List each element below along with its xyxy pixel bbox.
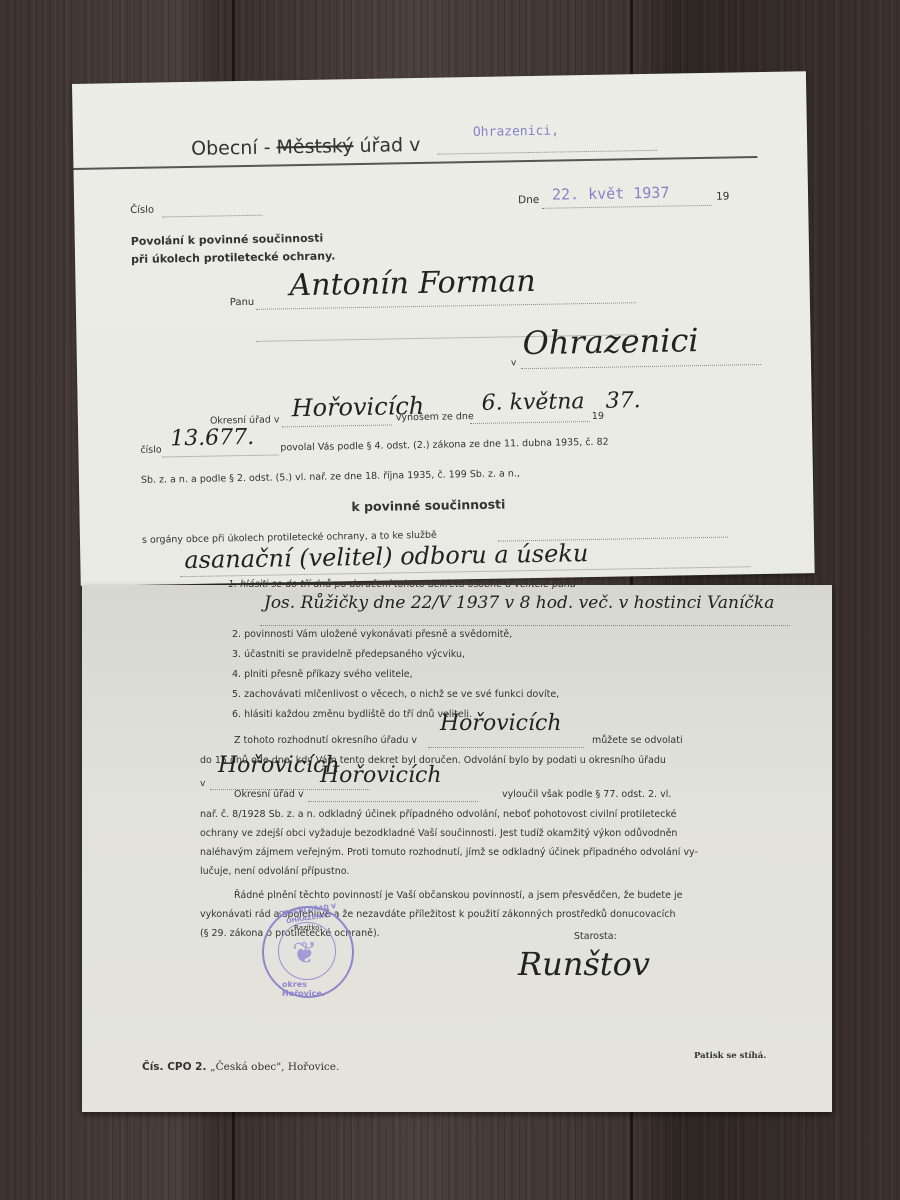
header-rule (73, 156, 757, 170)
exclusion-city: Hořovicích (320, 763, 442, 788)
dotted-line (163, 454, 279, 457)
stamp-ring-bottom: okres Hořovice. (282, 980, 352, 998)
exclusion-line-1: nař. č. 8/1928 Sb. z. a n. odkladný účin… (200, 809, 676, 820)
duty-item-2: 2. povinnosti Vám uložené vykonávati pře… (232, 629, 512, 640)
dotted-line (542, 205, 712, 209)
appeal-line-1-end: můžete se odvolati (592, 735, 683, 746)
decree-year: 37. (605, 388, 640, 414)
appeal-line-1-start: Z tohoto rozhodnutí okresního úřadu v (234, 735, 417, 746)
duty-item-6: 6. hlásiti každou změnu bydliště do tří … (232, 709, 472, 720)
dotted-line (428, 747, 584, 748)
recipient-label: Panu (230, 297, 255, 308)
place-prefix: v (511, 358, 517, 368)
dotted-line (162, 215, 262, 218)
exclusion-line-3: naléhavým zájmem veřejným. Proti tomuto … (200, 847, 698, 858)
legal-basis-line-2: Sb. z. a n. a podle § 2. odst. (5.) vl. … (141, 468, 520, 486)
stamp-label: Razítko: (294, 924, 322, 932)
subject-line-2: při úkolech protiletecké ochrany. (131, 249, 336, 266)
decree-year-prefix: 19 (592, 411, 604, 422)
document-upper-half: Obecní - Městský úřad v Ohrazenici, Dne … (72, 71, 815, 586)
service-type: asanační (velitel) odboru a úseku (184, 539, 588, 574)
office-header: Obecní - Městský úřad v (191, 134, 421, 160)
document-lower-half: 1. hlásiti se do tří dnů po doručení toh… (82, 585, 832, 1112)
appeal-line-3-prefix: v (200, 779, 205, 789)
reprint-note: Patisk se stíhá. (694, 1051, 766, 1061)
dotted-line (308, 801, 478, 802)
dotted-line (521, 364, 761, 369)
recipient-place: Ohrazenici (522, 321, 699, 362)
appeal-city: Hořovicích (440, 711, 562, 736)
exclusion-line-2: ochrany ve zdejší obci vyžaduje bezodkla… (200, 828, 677, 839)
closing-line-1: Řádné plnění těchto povinností je Vaší o… (234, 890, 682, 901)
dotted-line (282, 424, 392, 427)
struck-word: Městský (276, 135, 353, 158)
number-label: Číslo (130, 205, 154, 216)
section-heading: k povinné součinnosti (351, 497, 505, 515)
dotted-line (470, 421, 590, 424)
official-stamp: ❦ Razítko: OBECNÍ ÚŘAD V OHRAZENICI okre… (262, 906, 354, 998)
duty-item-1: 1. hlásiti se do tří dnů po doručení toh… (228, 579, 576, 590)
duty-item-3: 3. účastniti se pravidelně předepsaného … (232, 649, 465, 660)
duty-item-4: 4. plniti přesně příkazy svého velitele, (232, 669, 413, 680)
decree-number: 13.677. (170, 425, 254, 451)
dotted-line (256, 302, 636, 310)
municipality-stamp-text: Ohrazenici, (473, 124, 559, 141)
duty-item-5: 5. zachovávati mlčenlivost o věcech, o n… (232, 689, 559, 700)
decree-number-label: číslo (140, 444, 161, 455)
heraldic-lion-icon: ❦ (292, 936, 317, 971)
mayor-signature: Runštov (518, 945, 650, 983)
decree-date: 6. května (481, 389, 584, 416)
date-stamp: 22. květ 1937 (552, 184, 670, 204)
form-number: Čís. CPO 2. „Česká obec", Hořovice. (142, 1061, 339, 1073)
date-label: Dne (518, 194, 539, 206)
dotted-line (437, 150, 657, 155)
subject-line-1: Povolání k povinné součinnosti (131, 232, 324, 248)
exclusion-line-4: lučuje, není odvolání přípustno. (200, 866, 349, 877)
decree-label: výnosem ze dne (396, 411, 474, 423)
exclusion-end: vyloučil však podle § 77. odst. 2. vl. (502, 789, 671, 800)
duty-item-1-detail: Jos. Růžičky dne 22/V 1937 v 8 hod. več.… (264, 593, 774, 613)
recipient-name: Antonín Forman (289, 264, 536, 303)
year-prefix: 19 (716, 191, 730, 203)
dotted-line (260, 625, 790, 626)
signature-label: Starosta: (574, 931, 617, 942)
exclusion-start: Okresní úřad v (234, 789, 304, 800)
legal-basis-line-1: povolal Vás podle § 4. odst. (2.) zákona… (280, 437, 608, 454)
